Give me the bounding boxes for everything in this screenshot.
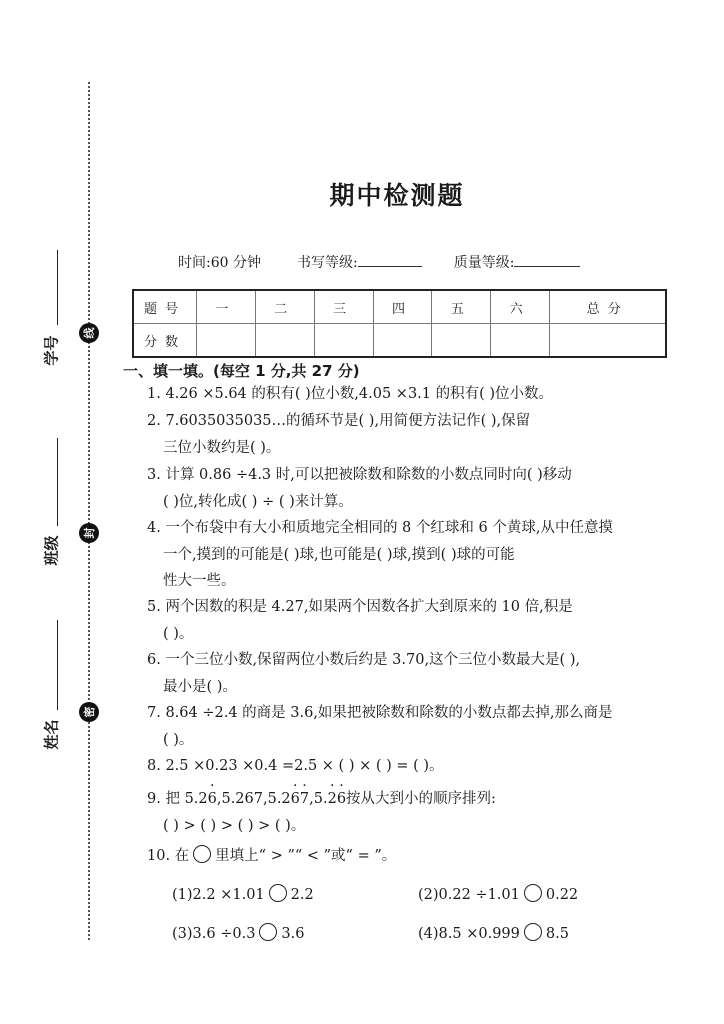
- name-field[interactable]: 姓名: [36, 620, 66, 750]
- table-row: 分数: [133, 324, 666, 358]
- question-line: 5. 两个因数的积是 4.27,如果两个因数各扩大到原来的 10 倍,积是: [147, 594, 677, 621]
- compare-left: (2)0.22 ÷1.01: [418, 887, 520, 903]
- compare-right: 8.5: [546, 926, 569, 942]
- score-cell[interactable]: [432, 324, 491, 358]
- column-header: 四: [373, 290, 432, 324]
- student-id-blank[interactable]: [57, 250, 58, 325]
- row-header: 分数: [133, 324, 197, 358]
- student-id-label: 学号: [41, 336, 62, 366]
- question-line: 1. 4.26 ×5.64 的积有( )位小数,4.05 ×3.1 的积有( )…: [147, 381, 677, 408]
- section-heading: 一、填一填。(每空 1 分,共 27 分): [123, 360, 360, 381]
- column-header: 总分: [550, 290, 666, 324]
- compare-item-3: (3)3.6 ÷0.33.6: [172, 923, 304, 942]
- compare-circle-input[interactable]: [259, 923, 277, 941]
- question-line: 一个,摸到的可能是( )球,也可能是( )球,摸到( )球的可能: [147, 542, 677, 569]
- recurring-decimal: 5.267: [268, 791, 310, 807]
- compare-item-2: (2)0.22 ÷1.010.22: [418, 884, 578, 903]
- seal-line-icon: 线: [79, 323, 99, 343]
- recurring-decimal: 5.26: [185, 791, 217, 807]
- compare-left: (4)8.5 ×0.999: [418, 926, 520, 942]
- question-10: 10. 在里填上“ > ”“ < ”或“ = ”。: [147, 843, 677, 870]
- name-label: 姓名: [41, 720, 62, 750]
- question-line: 最小是( )。: [147, 674, 677, 701]
- question-line: 2. 7.6035035035…的循环节是( ),用简便方法记作( ),保留: [147, 408, 677, 435]
- score-cell[interactable]: [491, 324, 550, 358]
- question-5: 5. 两个因数的积是 4.27,如果两个因数各扩大到原来的 10 倍,积是 ( …: [147, 594, 677, 647]
- student-id-field[interactable]: 学号: [36, 250, 66, 370]
- score-cell[interactable]: [550, 324, 666, 358]
- class-label: 班级: [41, 536, 62, 566]
- question-1: 1. 4.26 ×5.64 的积有( )位小数,4.05 ×3.1 的积有( )…: [147, 381, 677, 408]
- compare-left: (3)3.6 ÷0.3: [172, 926, 255, 942]
- column-header: 五: [432, 290, 491, 324]
- question-prefix: 9. 把: [147, 791, 185, 807]
- time-label: 时间:60 分钟: [178, 252, 261, 272]
- compare-item-4: (4)8.5 ×0.9998.5: [418, 923, 569, 942]
- question-line: ( )。: [147, 727, 677, 754]
- exam-meta: 时间:60 分钟 书写等级: 质量等级:: [178, 252, 580, 272]
- question-line: ( )位,转化成( ) ÷ ( )来计算。: [147, 489, 677, 516]
- score-cell[interactable]: [255, 324, 314, 358]
- question-line: 7. 8.64 ÷2.4 的商是 3.6,如果把被除数和除数的小数点都去掉,那么…: [147, 700, 677, 727]
- class-field[interactable]: 班级: [36, 438, 66, 568]
- recurring-decimal: 5.26: [314, 791, 346, 807]
- compare-circle-input[interactable]: [524, 923, 542, 941]
- question-3: 3. 计算 0.86 ÷4.3 时,可以把被除数和除数的小数点同时向( )移动 …: [147, 462, 677, 515]
- score-cell[interactable]: [373, 324, 432, 358]
- class-blank[interactable]: [57, 438, 58, 526]
- score-cell[interactable]: [197, 324, 256, 358]
- question-suffix: 按从大到小的顺序排列:: [346, 791, 496, 807]
- column-header: 三: [314, 290, 373, 324]
- page-title: 期中检测题: [0, 176, 724, 212]
- question-4: 4. 一个布袋中有大小和质地完全相同的 8 个红球和 6 个黄球,从中任意摸 一…: [147, 515, 677, 595]
- quality-grade-blank[interactable]: [514, 252, 580, 267]
- writing-grade-label: 书写等级:: [297, 252, 358, 272]
- question-line: 3. 计算 0.86 ÷4.3 时,可以把被除数和除数的小数点同时向( )移动: [147, 462, 677, 489]
- question-line: 性大一些。: [147, 568, 677, 595]
- column-header: 二: [255, 290, 314, 324]
- quality-grade-label: 质量等级:: [454, 252, 515, 272]
- question-line: ( )。: [147, 621, 677, 648]
- question-line: 4. 一个布袋中有大小和质地完全相同的 8 个红球和 6 个黄球,从中任意摸: [147, 515, 677, 542]
- compare-right: 2.2: [291, 887, 314, 903]
- question-7: 7. 8.64 ÷2.4 的商是 3.6,如果把被除数和除数的小数点都去掉,那么…: [147, 700, 677, 753]
- compare-item-1: (1)2.2 ×1.012.2: [172, 884, 314, 903]
- column-header: 六: [491, 290, 550, 324]
- writing-grade-blank[interactable]: [358, 252, 422, 267]
- compare-right: 0.22: [546, 887, 578, 903]
- decimal: 5.267: [221, 791, 263, 807]
- question-line: 10. 在里填上“ > ”“ < ”或“ = ”。: [147, 843, 677, 870]
- name-blank[interactable]: [57, 620, 58, 710]
- question-line: 9. 把 5.26,5.267,5.267,5.26按从大到小的顺序排列:: [147, 786, 677, 813]
- question-line: 6. 一个三位小数,保留两位小数后约是 3.70,这个三位小数最大是( ),: [147, 647, 677, 674]
- compare-left: (1)2.2 ×1.01: [172, 887, 265, 903]
- question-6: 6. 一个三位小数,保留两位小数后约是 3.70,这个三位小数最大是( ), 最…: [147, 647, 677, 700]
- score-cell[interactable]: [314, 324, 373, 358]
- question-line: 三位小数约是( )。: [147, 435, 677, 462]
- question-2: 2. 7.6035035035…的循环节是( ),用简便方法记作( ),保留 三…: [147, 408, 677, 461]
- table-row: 题号 一 二 三 四 五 六 总分: [133, 290, 666, 324]
- score-table: 题号 一 二 三 四 五 六 总分 分数: [132, 289, 667, 358]
- question-9: 9. 把 5.26,5.267,5.267,5.26按从大到小的顺序排列: ( …: [147, 786, 677, 839]
- column-header: 一: [197, 290, 256, 324]
- circle-icon: [193, 845, 211, 863]
- question-8: 8. 2.5 ×0.23 ×0.4 =2.5 × ( ) × ( ) = ( )…: [147, 753, 677, 780]
- question-line: 8. 2.5 ×0.23 ×0.4 =2.5 × ( ) × ( ) = ( )…: [147, 753, 677, 780]
- compare-circle-input[interactable]: [524, 884, 542, 902]
- compare-circle-input[interactable]: [269, 884, 287, 902]
- compare-right: 3.6: [281, 926, 304, 942]
- seal-secret-icon: 密: [79, 702, 99, 722]
- question-prefix: 10. 在: [147, 848, 189, 864]
- question-line: ( ) > ( ) > ( ) > ( )。: [147, 813, 677, 840]
- row-header: 题号: [133, 290, 197, 324]
- seal-seal-icon: 封: [79, 523, 99, 543]
- question-suffix: 里填上“ > ”“ < ”或“ = ”。: [215, 848, 396, 864]
